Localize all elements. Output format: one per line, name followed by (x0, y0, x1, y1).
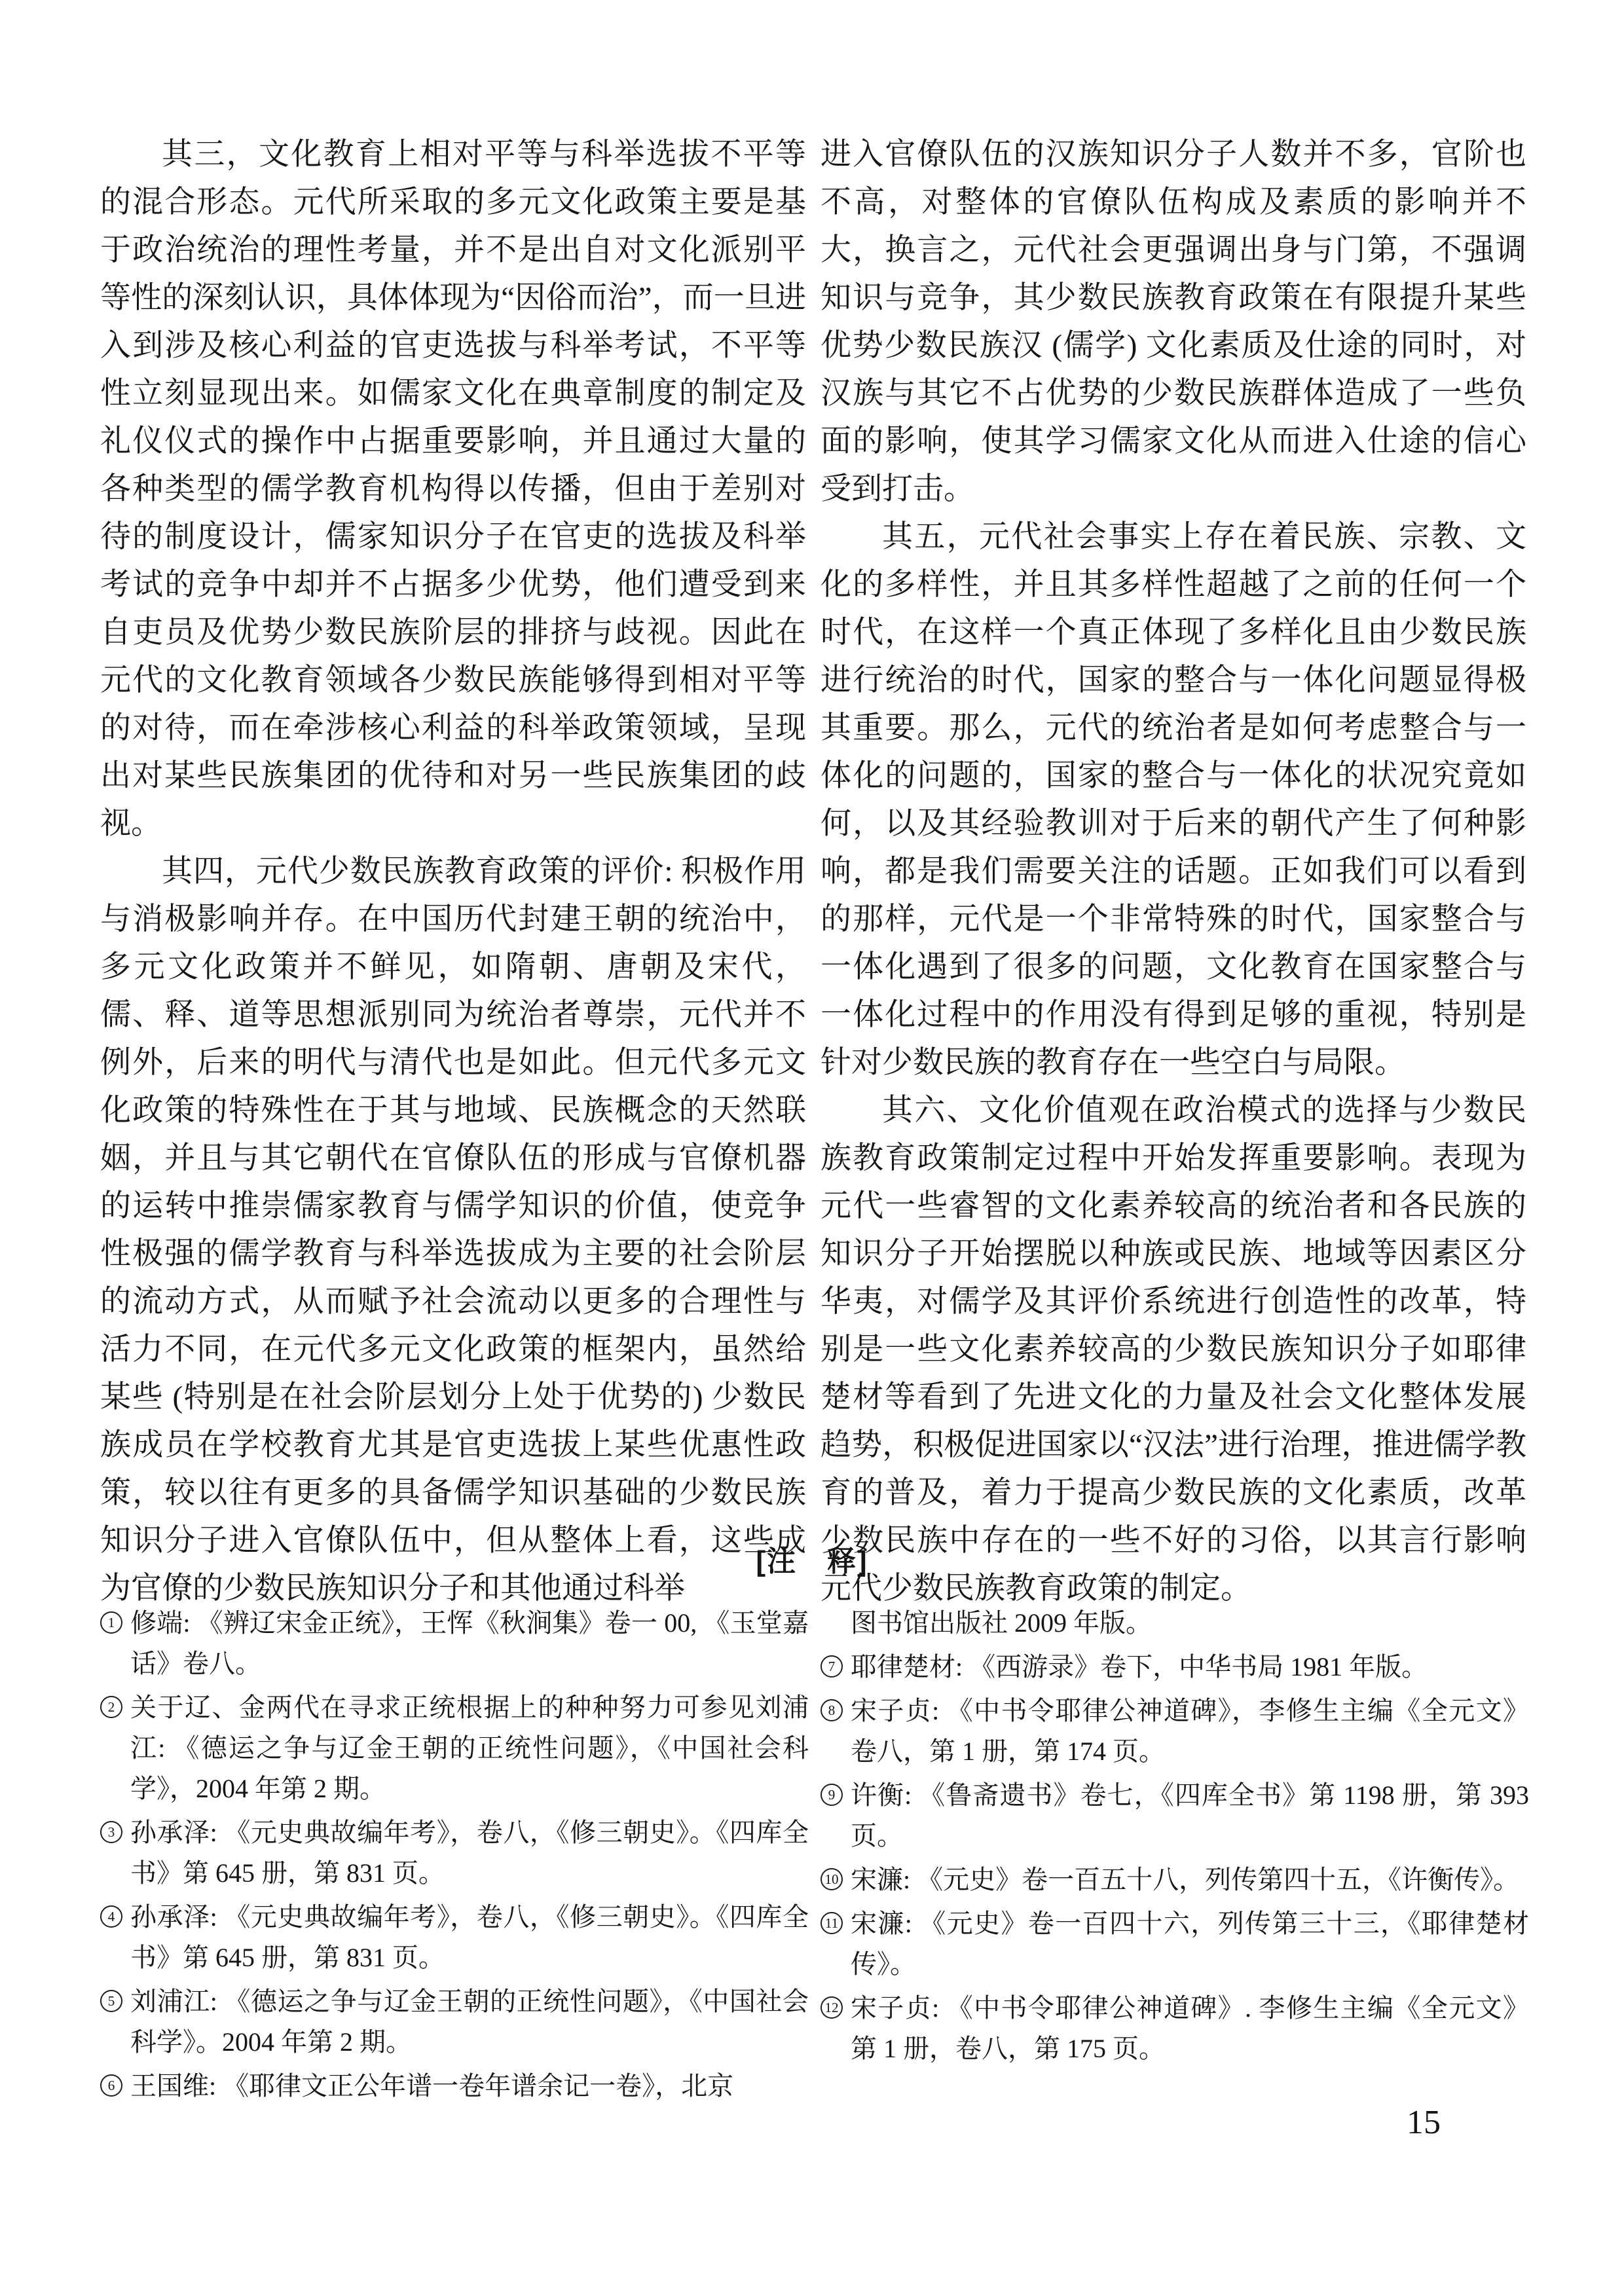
footnote-text: 宋子贞: 《中书令耶律公神道碑》，李修生主编《全元文》卷八，第 1 册，第 17… (851, 1696, 1529, 1766)
footnote-text: 孙承泽: 《元史典故编年考》，卷八，《修三朝史》。《四库全书》第 645 册，第… (130, 1902, 809, 1972)
footnote-number-badge: 5 (100, 1990, 122, 2012)
footnote-number-badge: 2 (100, 1696, 122, 1718)
page-number: 15 (1407, 2106, 1441, 2140)
footnote-text: 刘浦江: 《德运之争与辽金王朝的正统性问题》，《中国社会科学》。2004 年第 … (130, 1987, 809, 2057)
footnote-number-badge: 10 (821, 1868, 843, 1890)
paragraph: 其五，元代社会事实上存在着民族、宗教、文化的多样性，并且其多样性超越了之前的任何… (821, 513, 1526, 1087)
footnote-text: 孙承泽: 《元史典故编年考》，卷八，《修三朝史》。《四库全书》第 645 册，第… (130, 1818, 809, 1888)
footnote-item: 7 耶律楚材: 《西游录》卷下，中华书局 1981 年版。 (821, 1647, 1529, 1687)
footnote-item: 2 关于辽、金两代在寻求正统根据上的种种努力可参见刘浦江: 《德运之争与辽金王朝… (100, 1687, 809, 1809)
footnote-number-badge: 8 (821, 1699, 843, 1721)
footnote-number-badge: 3 (100, 1821, 122, 1843)
footnote-number-badge: 6 (100, 2074, 122, 2097)
footnote-text: 宋濂: 《元史》卷一百四十六，列传第三十三，《耶律楚材传》。 (851, 1909, 1529, 1979)
paragraph: 其六、文化价值观在政治模式的选择与少数民族教育政策制定过程中开始发挥重要影响。表… (821, 1087, 1526, 1613)
footnote-text: 王国维: 《耶律文正公年谱一卷年谱余记一卷》，北京 (130, 2071, 733, 2101)
body-column-right: 进入官僚队伍的汉族知识分子人数并不多，官阶也不高，对整体的官僚队伍构成及素质的影… (821, 131, 1526, 1613)
footnotes-column-right: 图书馆出版社 2009 年版。 7 耶律楚材: 《西游录》卷下，中华书局 198… (821, 1603, 1529, 2072)
footnote-number-badge: 12 (821, 1996, 843, 2019)
footnote-number-badge: 7 (821, 1655, 843, 1678)
footnotes-column-left: 1 修端: 《辨辽宋金正统》，王恽《秋涧集》卷一 00, 《玉堂嘉话》卷八。 2… (100, 1603, 809, 2110)
footnote-item: 11 宋濂: 《元史》卷一百四十六，列传第三十三，《耶律楚材传》。 (821, 1903, 1529, 1985)
scanned-paper-page: 其三，文化教育上相对平等与科举选拔不平等的混合形态。元代所采取的多元文化政策主要… (0, 0, 1624, 2295)
footnote-number-badge: 1 (100, 1611, 122, 1634)
footnote-number-badge: 4 (100, 1905, 122, 1928)
footnote-item: 5 刘浦江: 《德运之争与辽金王朝的正统性问题》，《中国社会科学》。2004 年… (100, 1981, 809, 2063)
footnote-item: 4 孙承泽: 《元史典故编年考》，卷八，《修三朝史》。《四库全书》第 645 册… (100, 1897, 809, 1978)
footnote-item: 9 许衡: 《鲁斋遗书》卷七，《四库全书》第 1198 册，第 393 页。 (821, 1775, 1529, 1856)
footnote-number-badge: 9 (821, 1784, 843, 1806)
footnote-text: 宋濂: 《元史》卷一百五十八，列传第四十五，《许衡传》。 (851, 1865, 1519, 1894)
paragraph: 其三，文化教育上相对平等与科举选拔不平等的混合形态。元代所采取的多元文化政策主要… (100, 131, 806, 848)
notes-section-header: [注 释] (0, 1537, 1624, 1579)
footnote-item-continuation: 图书馆出版社 2009 年版。 (821, 1603, 1529, 1643)
footnote-item: 6 王国维: 《耶律文正公年谱一卷年谱余记一卷》，北京 (100, 2066, 809, 2106)
footnote-text: 修端: 《辨辽宋金正统》，王恽《秋涧集》卷一 00, 《玉堂嘉话》卷八。 (130, 1608, 809, 1678)
footnote-text: 图书馆出版社 2009 年版。 (851, 1608, 1152, 1638)
footnote-text: 宋子贞: 《中书令耶律公神道碑》. 李修生主编《全元文》第 1 册，卷八，第 1… (851, 1993, 1529, 2063)
footnote-text: 许衡: 《鲁斋遗书》卷七，《四库全书》第 1198 册，第 393 页。 (851, 1780, 1529, 1850)
footnote-item: 12 宋子贞: 《中书令耶律公神道碑》. 李修生主编《全元文》第 1 册，卷八，… (821, 1988, 1529, 2069)
paragraph-continuation: 进入官僚队伍的汉族知识分子人数并不多，官阶也不高，对整体的官僚队伍构成及素质的影… (821, 131, 1526, 513)
body-column-left: 其三，文化教育上相对平等与科举选拔不平等的混合形态。元代所采取的多元文化政策主要… (100, 131, 806, 1613)
footnote-item: 10 宋濂: 《元史》卷一百五十八，列传第四十五，《许衡传》。 (821, 1860, 1529, 1900)
footnote-item: 3 孙承泽: 《元史典故编年考》，卷八，《修三朝史》。《四库全书》第 645 册… (100, 1812, 809, 1894)
footnote-item: 8 宋子贞: 《中书令耶律公神道碑》，李修生主编《全元文》卷八，第 1 册，第 … (821, 1691, 1529, 1772)
footnote-text: 耶律楚材: 《西游录》卷下，中华书局 1981 年版。 (851, 1652, 1428, 1681)
footnote-text: 关于辽、金两代在寻求正统根据上的种种努力可参见刘浦江: 《德运之争与辽金王朝的正… (130, 1693, 809, 1803)
paragraph: 其四，元代少数民族教育政策的评价: 积极作用与消极影响并存。在中国历代封建王朝的… (100, 848, 806, 1613)
footnote-item: 1 修端: 《辨辽宋金正统》，王恽《秋涧集》卷一 00, 《玉堂嘉话》卷八。 (100, 1603, 809, 1684)
footnote-number-badge: 11 (821, 1912, 843, 1934)
